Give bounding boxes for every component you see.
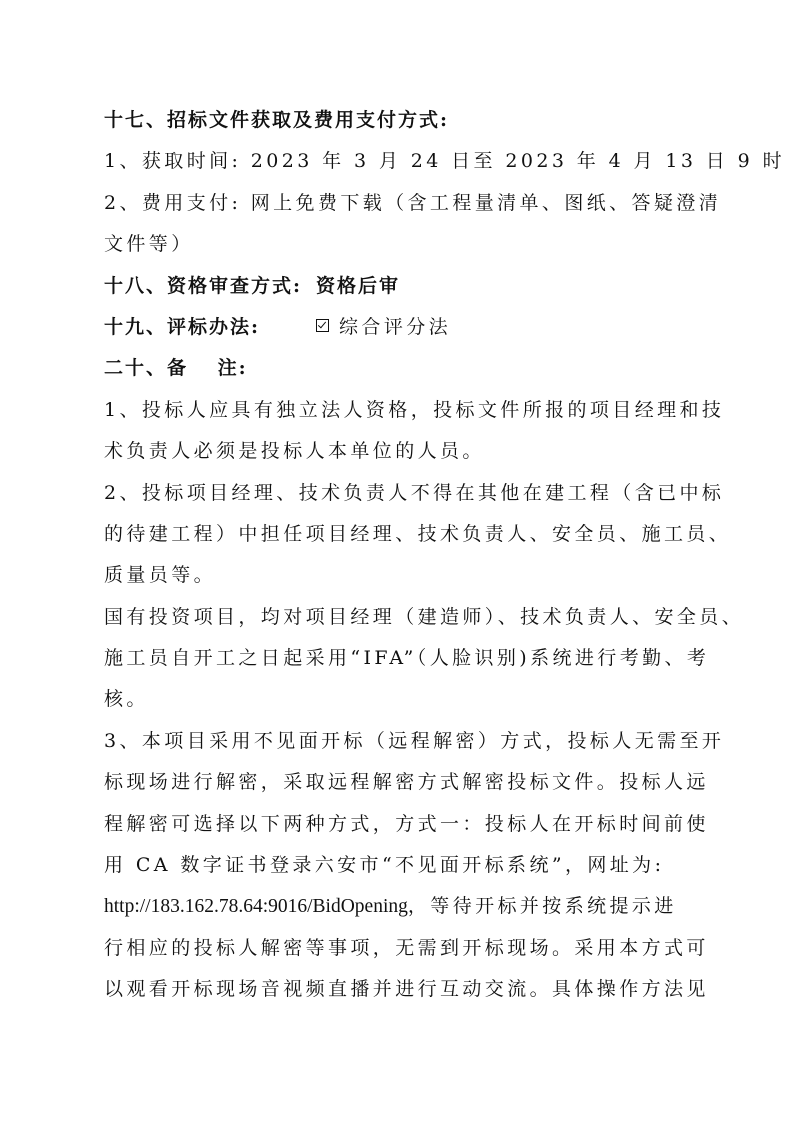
section-18-value: 资格后审 — [316, 275, 400, 297]
remark-line: 1、投标人应具有独立法人资格，投标文件所报的项目经理和技 — [104, 390, 694, 431]
section-17-item-2-line-2: 文件等） — [104, 224, 694, 265]
remark-line: 3、本项目采用不见面开标（远程解密）方式，投标人无需至开 — [104, 721, 694, 762]
remark-line: 2、投标项目经理、技术负责人不得在其他在建工程（含已中标 — [104, 473, 694, 514]
section-17-item-2-line-1: 2、费用支付: 网上免费下载（含工程量清单、图纸、答疑澄清 — [104, 183, 694, 224]
remark-line: 标现场进行解密，采取远程解密方式解密投标文件。投标人远 — [104, 762, 694, 803]
remark-line: 施工员自开工之日起采用“IFA”（人脸识别)系统进行考勤、考 — [104, 638, 694, 679]
section-17-heading: 十七、招标文件获取及费用支付方式: — [104, 100, 694, 141]
section-17-item-1: 1、获取时间: 2023 年 3 月 24 日至 2023 年 4 月 13 日… — [104, 141, 694, 182]
section-20-heading: 二十、备 注: — [104, 348, 694, 389]
remark-line: 核。 — [104, 679, 694, 720]
bid-opening-url-link[interactable]: http://183.162.78.64:9016/BidOpening — [104, 896, 408, 917]
remark-line: 国有投资项目，均对项目经理（建造师）、技术负责人、安全员、 — [104, 597, 694, 638]
section-19-row: 十九、评标办法:综合评分法 — [104, 307, 694, 348]
url-line: http://183.162.78.64:9016/BidOpening，等待开… — [104, 886, 694, 927]
remark-line: 的待建工程）中担任项目经理、技术负责人、安全员、施工员、 — [104, 514, 694, 555]
remark-line: 以观看开标现场音视频直播并进行互动交流。具体操作方法见 — [104, 969, 694, 1010]
checked-checkbox-icon — [316, 319, 329, 332]
section-19-option: 综合评分法 — [339, 316, 451, 338]
remark-line: 用 CA 数字证书登录六安市“不见面开标系统”，网址为: — [104, 845, 694, 886]
document-page: 十七、招标文件获取及费用支付方式: 1、获取时间: 2023 年 3 月 24 … — [104, 100, 694, 1011]
section-18-row: 十八、资格审查方式:资格后审 — [104, 266, 694, 307]
remark-line: 术负责人必须是投标人本单位的人员。 — [104, 431, 694, 472]
section-19-label: 十九、评标办法: — [104, 316, 260, 338]
remark-line: 程解密可选择以下两种方式，方式一：投标人在开标时间前使 — [104, 804, 694, 845]
section-18-label: 十八、资格审查方式: — [104, 275, 302, 297]
url-line-suffix: ，等待开标并按系统提示进 — [408, 895, 677, 917]
remark-line: 质量员等。 — [104, 555, 694, 596]
remark-line: 行相应的投标人解密等事项，无需到开标现场。采用本方式可 — [104, 928, 694, 969]
